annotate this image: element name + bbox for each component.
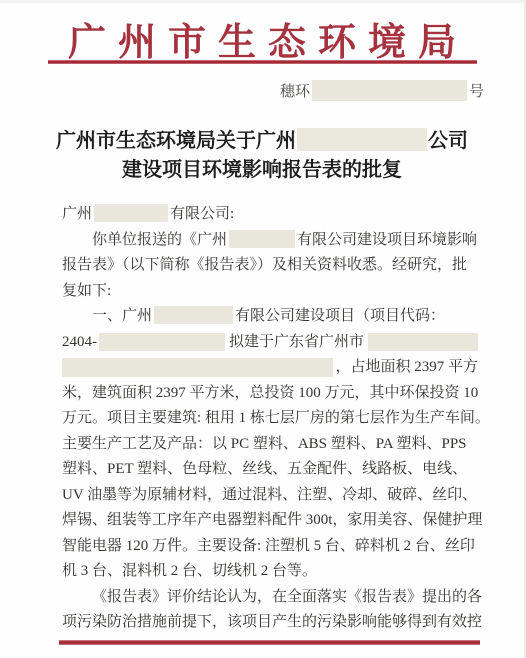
paragraph1-line1: 你单位报送的《广州有限公司建设项目环境影响 [62,228,478,254]
docnum-prefix: 穗环 [280,84,310,100]
redacted-company-name [94,204,168,222]
salutation-pre: 广州 [62,206,92,222]
para1-l1-post: 有限公司建设项目环境影响 [297,232,477,248]
paragraph2-line1: 一、广州有限公司建设项目（项目代码： [62,304,478,330]
paragraph2-line2: 2404-拟建于广东省广州市 [62,330,478,356]
redacted-company-name [229,230,295,248]
redacted-company-name [297,128,427,151]
redacted-address [368,333,478,351]
redacted-company-name [154,306,233,324]
paragraph2-line9: 焊锡、组装等工序年产电器塑料配件 300t，家用美容、保健护理 [62,508,478,534]
para2-l2-mid: 拟建于广东省广州市 [229,330,364,356]
paragraph3-line2: 项污染防治措施前提下，该项目产生的污染影响能够得到有效控 [62,610,478,636]
footer-divider [59,640,480,645]
paragraph2-line5: 万元。项目主要建筑: 租用 1 栋七层厂房的第七层作为生产车间。 [62,406,478,432]
paragraph2-line10: 智能电器 120 万件。主要设备: 注塑机 5 台、碎料机 2 台、丝印 [62,534,478,560]
para1-l1-pre: 你单位报送的《广州 [92,232,227,248]
paragraph1-line3: 复如下: [62,279,478,305]
letterhead-title: 广州市生态环境局 [0,11,524,66]
title-line1-post: 公司 [428,130,468,152]
title-line1-pre: 广州市生态环境局关于广州 [56,130,296,152]
paragraph2-line6: 主要生产工艺及产品：以 PC 塑料、ABS 塑料、PA 塑料、PPS [62,432,478,458]
paragraph2-line7: 塑料、PET 塑料、色母粒、丝线、五金配件、线路板、电线、 [62,457,478,483]
salutation-post: 有限公司: [170,206,234,222]
letterhead-divider [48,60,477,64]
document-page: 广州市生态环境局 穗环号 广州市生态环境局关于广州公司 建设项目环境影响报告表的… [0,0,526,658]
paragraph2-line11: 机 3 台、混料机 2 台、切线机 2 台等。 [62,559,478,585]
paragraph3-line1: 《报告表》评价结论认为，在全面落实《报告表》提出的各 [62,585,478,611]
document-body: 广州有限公司: 你单位报送的《广州有限公司建设项目环境影响 报告表》（以下简称《… [62,202,478,636]
title-line-1: 广州市生态环境局关于广州公司 [0,127,524,156]
redacted-doc-number [312,80,467,101]
docnum-suffix: 号 [469,84,484,100]
paragraph1-line2: 报告表》（以下简称《报告表》）及相关资料收悉。经研究，批 [62,253,478,279]
paragraph2-line8: UV 油墨等为原辅材料，通过混料、注塑、冷却、破碎、丝印、 [62,483,478,509]
redacted-address [62,358,333,377]
redacted-project-code [99,333,225,351]
para2-project-code-prefix: 2404- [62,330,97,356]
paragraph2-line4: 米，建筑面积 2397 平方米，总投资 100 万元，其中环保投资 10 [62,381,478,407]
salutation-line: 广州有限公司: [62,202,478,228]
para2-l1-pre: 一、广州 [92,308,152,324]
para2-l1-post: 有限公司建设项目（项目代码： [235,308,445,324]
document-title: 广州市生态环境局关于广州公司 建设项目环境影响报告表的批复 [0,127,524,185]
document-number: 穗环号 [280,80,484,101]
para2-l3-post: ，占地面积 2397 平方 [335,355,478,381]
title-line-2: 建设项目环境影响报告表的批复 [0,156,524,185]
paragraph2-line3: ，占地面积 2397 平方 [62,355,478,381]
